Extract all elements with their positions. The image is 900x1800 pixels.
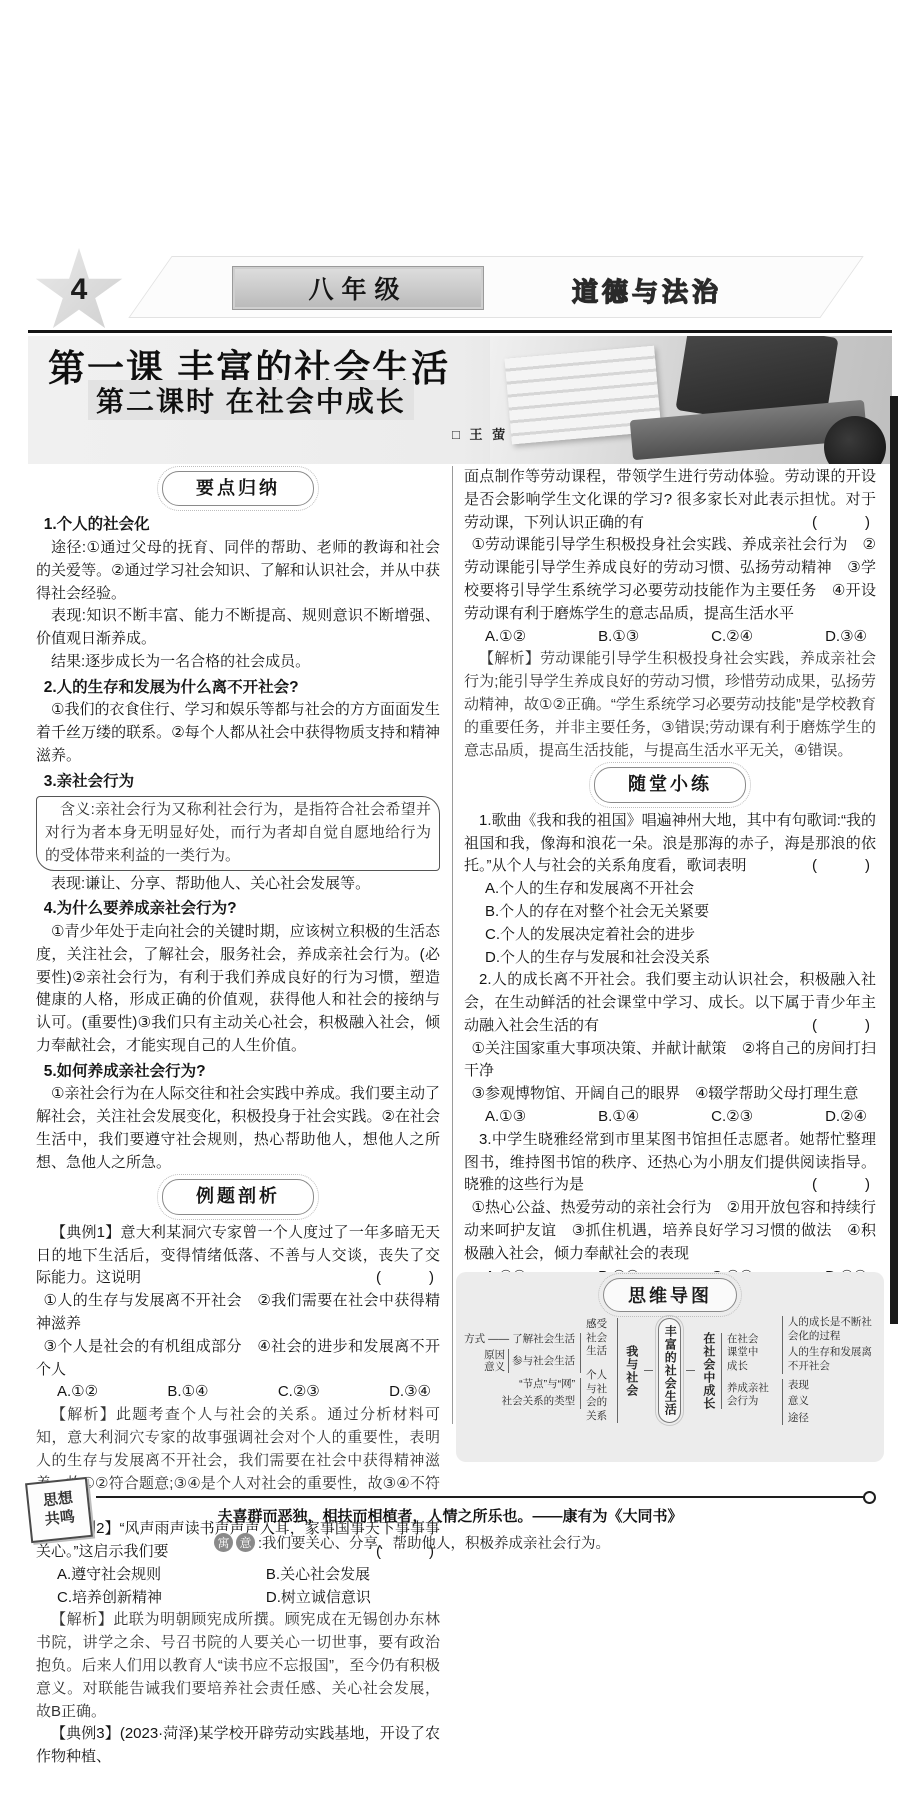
- mindmap-leaf: 了解社会生活: [512, 1333, 575, 1347]
- footer-moral: 寓 意 :我们要关心、分享、帮助他人，积极养成亲社会行为。: [214, 1532, 610, 1553]
- mindmap-left-branches: 感受社会生活 个人与社会的关系: [586, 1318, 618, 1423]
- mindmap-leaf: 方式: [464, 1333, 485, 1347]
- option-c: C.②④: [711, 626, 753, 649]
- choice-items: ①人的生存与发展离不开社会 ②我们需要在社会中获得精神滋养: [36, 1290, 440, 1336]
- mindmap-connector: ——: [488, 1333, 509, 1347]
- mindmap-leaf-group: 方式 —— 了解社会生活 原因 意义 参与社会生活: [464, 1333, 581, 1374]
- session-title: 第二课时 在社会中成长: [88, 380, 414, 420]
- right-column: 面点制作等劳动课程，带领学生进行劳动体验。劳动课的开设是否会影响学生文化课的学习…: [464, 466, 876, 1311]
- mindmap-right-branches: 在社会课堂中成长 养成亲社会行为: [721, 1333, 777, 1409]
- key-point-heading: 2.人的生存和发展为什么离不开社会?: [36, 676, 440, 700]
- header-rule: [28, 330, 892, 333]
- mindmap-leaf: 原因 意义: [484, 1349, 505, 1373]
- mindmap-branch: 养成亲社会行为: [727, 1382, 777, 1409]
- mindmap-connector: [686, 1370, 695, 1371]
- moral-text: :我们要关心、分享、帮助他人，积极养成亲社会行为。: [258, 1532, 610, 1553]
- analysis: 【解析】此联为明朝顾宪成所撰。顾宪成在无锡创办东林书院，讲学之余、号召书院的人要…: [36, 1609, 440, 1723]
- key-point-heading: 1.个人的社会化: [36, 513, 440, 537]
- mindmap-branch: 在社会课堂中成长: [727, 1333, 765, 1374]
- analysis: 【解析】劳动课能引导学生积极投身社会实践，养成亲社会行为;能引导学生养成良好的劳…: [464, 648, 876, 762]
- option-c: C.②③: [278, 1381, 320, 1404]
- answer-bracket: ( ): [797, 1015, 876, 1038]
- choice-items: ③个人是社会的有机组成部分 ④社会的进步和发展离不开个人: [36, 1336, 440, 1382]
- answer-bracket: ( ): [797, 1174, 876, 1197]
- option-b: B.①④: [167, 1381, 208, 1404]
- key-point-heading: 4.为什么要养成亲社会行为?: [36, 897, 440, 921]
- question-stem: 3.中学生晓雅经常到市里某图书馆担任志愿者。她帮忙整理图书，维持图书馆的秩序、还…: [464, 1129, 876, 1197]
- option-a: A.遵守社会规则: [57, 1564, 266, 1587]
- paragraph: 表现:知识不断丰富、能力不断提高、规则意识不断增强、价值观日渐养成。: [36, 605, 440, 651]
- mindmap-root-left: 我与社会: [623, 1345, 639, 1397]
- mindmap-left-leaves: 方式 —— 了解社会生活 原因 意义 参与社会生活 “节点”与“网”: [464, 1333, 581, 1409]
- answer-bracket: ( ): [797, 855, 876, 878]
- option-d: D.③④: [825, 626, 867, 649]
- section-badge-mindmap: 思维导图: [603, 1278, 737, 1312]
- question-stem: 1.歌曲《我和我的祖国》唱遍神州大地，其中有句歌词:“我的祖国和我，像海和浪花一…: [464, 810, 876, 878]
- option-b: B.关心社会发展: [266, 1564, 440, 1587]
- mindmap-leaf-group: 表现 意义 途径: [782, 1379, 876, 1426]
- mindmap-leaf: 人的生存和发展离不开社会: [788, 1346, 876, 1373]
- mindmap-leaf-group: 人的成长是不断社会化的过程 人的生存和发展离不开社会: [782, 1316, 876, 1374]
- mindmap-leaf: 表现: [788, 1379, 876, 1393]
- mindmap-bracket: [508, 1349, 509, 1373]
- option-b: B.①③: [598, 626, 639, 649]
- paragraph: ①我们的衣食住行、学习和娱乐等都与社会的方方面面发生着千丝万缕的联系。②每个人都…: [36, 699, 440, 767]
- column-divider: [452, 466, 453, 1424]
- footer-rule: [96, 1496, 864, 1498]
- section-badge-key-points: 要点归纳: [162, 471, 314, 506]
- choice-items: ③参观博物馆、开阔自己的眼界 ④辍学帮助父母打理生意: [464, 1083, 876, 1106]
- option-row: A.①② B.①③ C.②④ D.③④: [464, 626, 876, 649]
- moral-badge-1: 寓: [214, 1533, 233, 1552]
- choice-items: ①关注国家重大事项决策、并献计献策 ②将自己的房间打扫干净: [464, 1038, 876, 1084]
- footer-tab: 思想 共鸣: [25, 1477, 93, 1543]
- mindmap-leaf: 人的成长是不断社会化的过程: [788, 1316, 876, 1343]
- desk-photo: [490, 336, 892, 464]
- mindmap-branch: 感受社会生活: [586, 1318, 612, 1359]
- section-badge-examples: 例题剖析: [162, 1179, 314, 1214]
- key-point-heading: 3.亲社会行为: [36, 770, 440, 794]
- moral-badge-2: 意: [236, 1533, 255, 1552]
- mindmap-leaf: 社会关系的类型: [502, 1395, 576, 1409]
- paragraph: ①青少年处于走向社会的关键时期，应该树立积极的生活态度，关注社会，了解社会，服务…: [36, 921, 440, 1058]
- choice-items: ①劳动课能引导学生积极投身社会实践、养成亲社会行为 ②劳动课能引导学生养成良好的…: [464, 534, 876, 625]
- mindmap-leaf: 意义: [788, 1395, 876, 1409]
- subject-title: 道德与法治: [572, 272, 722, 309]
- section-badge-practice: 随堂小练: [594, 767, 746, 802]
- answer-bracket: ( ): [812, 512, 876, 535]
- mindmap-root-right: 在社会中成长: [700, 1332, 716, 1410]
- mindmap-center: 丰富的社会生活: [658, 1318, 682, 1423]
- author-name: 王 萤: [469, 427, 508, 442]
- option-a: A.个人的生存和发展离不开社会: [464, 878, 876, 901]
- option-c: C.个人的发展决定着社会的进步: [464, 924, 876, 947]
- mindmap-leaf: 途径: [788, 1412, 876, 1426]
- mindmap-right-leaves: 人的成长是不断社会化的过程 人的生存和发展离不开社会 表现 意义 途径: [782, 1316, 876, 1425]
- question-stem: 【典例3】(2023·菏泽)某学校开辟劳动实践基地，开设了农作物种植、: [36, 1723, 440, 1769]
- paragraph: 表现:谦让、分享、帮助他人、关心社会发展等。: [36, 873, 440, 896]
- mindmap-panel: 思维导图 方式 —— 了解社会生活 原因 意义 参与社会生活: [456, 1272, 884, 1462]
- mindmap-leaf: “节点”与“网”: [519, 1378, 575, 1392]
- question-stem: 【典例1】意大利某洞穴专家曾一个人度过了一年多暗无天日的地下生活后，变得情绪低落…: [36, 1222, 440, 1290]
- mindmap-branch: 个人与社会的关系: [586, 1369, 612, 1424]
- option-d: D.个人的生存与发展和社会没关系: [464, 947, 876, 970]
- mindmap-leaf: 参与社会生活: [512, 1355, 575, 1369]
- mindmap: 方式 —— 了解社会生活 原因 意义 参与社会生活 “节点”与“网”: [456, 1316, 884, 1425]
- newspaper-page: 4 八年级 道德与法治 第一课 丰富的社会生活 第二课时 在社会中成长 □ 王 …: [0, 0, 900, 1800]
- question-stem: 2.人的成长离不开社会。我们要主动认识社会，积极融入社会，在生动鲜活的社会课堂中…: [464, 969, 876, 1037]
- paragraph: 途径:①通过父母的抚育、同伴的帮助、老师的教诲和社会的关爱等。②通过学习社会知识…: [36, 537, 440, 605]
- option-c: C.培养创新精神: [57, 1587, 266, 1610]
- choice-items: ①热心公益、热爱劳动的亲社会行为 ②用开放包容和持续行动来呵护友谊 ③抓住机遇，…: [464, 1197, 876, 1265]
- question-stem-continued: 面点制作等劳动课程，带领学生进行劳动体验。劳动课的开设是否会影响学生文化课的学习…: [464, 466, 876, 534]
- left-column: 要点归纳 1.个人的社会化 途径:①通过父母的抚育、同伴的帮助、老师的教诲和社会…: [36, 466, 440, 1769]
- option-d: D.②④: [825, 1106, 867, 1129]
- option-a: A.①②: [485, 626, 526, 649]
- option-b: B.①④: [598, 1106, 639, 1129]
- footer-quote: 夫喜群而恶独，相扶而相植者，人情之所乐也。——康有为《大同书》: [110, 1505, 790, 1526]
- definition-box: 含义:亲社会行为又称利社会行为，是指符合社会希望并对行为者本身无明显好处，而行为…: [36, 796, 440, 870]
- option-grid: A.遵守社会规则 B.关心社会发展 C.培养创新精神 D.树立诚信意识: [36, 1564, 440, 1610]
- grade-ribbon: 八年级: [232, 266, 484, 310]
- page-number-star: 4: [34, 248, 124, 336]
- option-b: B.个人的存在对整个社会无关紧要: [464, 901, 876, 924]
- option-a: A.①③: [485, 1106, 526, 1129]
- analysis: 【解析】此题考查个人与社会的关系。通过分析材料可知，意大利洞穴专家的故事强调社会…: [36, 1404, 440, 1518]
- grade-label: 八年级: [308, 270, 407, 306]
- option-d: D.树立诚信意识: [266, 1587, 440, 1610]
- author-box-icon: □: [452, 427, 463, 442]
- mindmap-connector: [644, 1370, 653, 1371]
- option-d: D.③④: [389, 1381, 431, 1404]
- paragraph: 结果:逐步成长为一名合格的社会成员。: [36, 651, 440, 674]
- answer-bracket: ( ): [361, 1267, 440, 1290]
- option-a: A.①②: [57, 1381, 98, 1404]
- page-number: 4: [71, 273, 88, 307]
- option-c: C.②③: [711, 1106, 753, 1129]
- option-row: A.①③ B.①④ C.②③ D.②④: [464, 1106, 876, 1129]
- cup-image: [824, 416, 886, 464]
- author-byline: □ 王 萤: [452, 424, 508, 443]
- page-edge-bar: [890, 396, 898, 1324]
- key-point-heading: 5.如何养成亲社会行为?: [36, 1060, 440, 1084]
- paragraph: ①亲社会行为在人际交往和社会实践中养成。我们要主动了解社会，关注社会发展变化，积…: [36, 1083, 440, 1174]
- mindmap-leaf-group: “节点”与“网” 社会关系的类型: [464, 1378, 581, 1408]
- option-row: A.①② B.①④ C.②③ D.③④: [36, 1381, 440, 1404]
